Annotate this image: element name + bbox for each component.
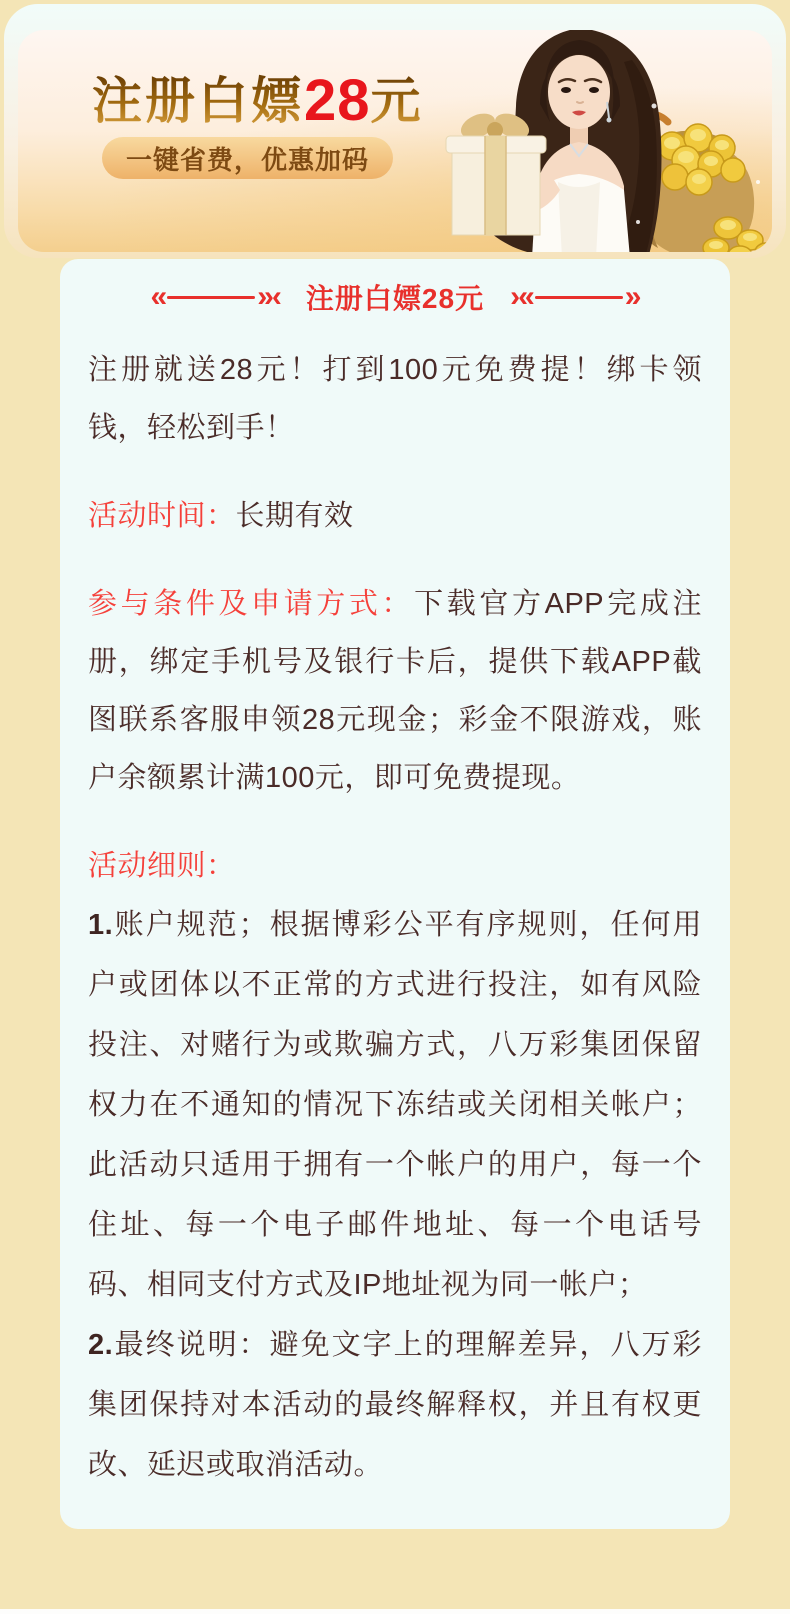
intro-text: 注册就送28元！打到100元免费提！绑卡领钱，轻松到手！ — [88, 341, 702, 457]
decor-arrow-left-start-icon: « — [151, 282, 166, 312]
decor-arrow-right-end-icon: » — [625, 282, 640, 312]
decor-arrow-right-start-icon: ›« — [510, 282, 533, 312]
rule-item-1: 1.账户规范；根据博彩公平有序规则，任何用户或团体以不正常的方式进行投注，如有风… — [88, 895, 702, 1315]
rules-title-row: 活动细则： — [88, 837, 702, 895]
card-header: « »‹ 注册白嫖28元 ›« » — [88, 275, 702, 319]
rule-number: 2. — [88, 1329, 113, 1361]
hero-title: 注册白嫖28元 — [92, 74, 424, 128]
hero-illustration — [428, 30, 772, 252]
conditions-label: 参与条件及申请方式： — [88, 588, 414, 620]
hero-subtitle-pill: 一键省费，优惠加码 — [102, 137, 393, 179]
decor-line-left — [167, 296, 255, 299]
promo-page: 注册白嫖28元 一键省费，优惠加码 « »‹ 注册白嫖28元 ›« » 注册就送… — [0, 0, 790, 1614]
rules-title-label: 活动细则： — [88, 850, 236, 882]
decor-arrow-left-end-icon: »‹ — [257, 282, 280, 312]
card-title: 注册白嫖28元 — [306, 277, 484, 317]
hero-banner: 注册白嫖28元 一键省费，优惠加码 — [4, 4, 786, 258]
content-card: « »‹ 注册白嫖28元 ›« » 注册就送28元！打到100元免费提！绑卡领钱… — [60, 259, 730, 1529]
hero-title-suffix: 元 — [371, 73, 424, 129]
hero-title-amount: 28 — [304, 68, 371, 133]
hero-title-prefix: 注册白嫖 — [92, 73, 304, 129]
hero-subtitle: 一键省费，优惠加码 — [126, 140, 369, 177]
rule-item-2: 2.最终说明：避免文字上的理解差异，八万彩集团保持对本活动的最终解释权，并且有权… — [88, 1315, 702, 1495]
bottom-strip — [0, 1609, 790, 1614]
rule-text: 账户规范；根据博彩公平有序规则，任何用户或团体以不正常的方式进行投注，如有风险投… — [88, 909, 702, 1301]
decor-line-right — [535, 296, 623, 299]
activity-time-value: 长期有效 — [236, 500, 354, 532]
conditions-paragraph: 参与条件及申请方式：下载官方APP完成注册，绑定手机号及银行卡后，提供下载APP… — [88, 575, 702, 807]
activity-time-label: 活动时间： — [88, 500, 236, 532]
rule-number: 1. — [88, 909, 113, 941]
rule-text: 最终说明：避免文字上的理解差异，八万彩集团保持对本活动的最终解释权，并且有权更改… — [88, 1329, 702, 1481]
activity-time-row: 活动时间：长期有效 — [88, 487, 702, 545]
hero-banner-inner: 注册白嫖28元 一键省费，优惠加码 — [18, 30, 772, 252]
